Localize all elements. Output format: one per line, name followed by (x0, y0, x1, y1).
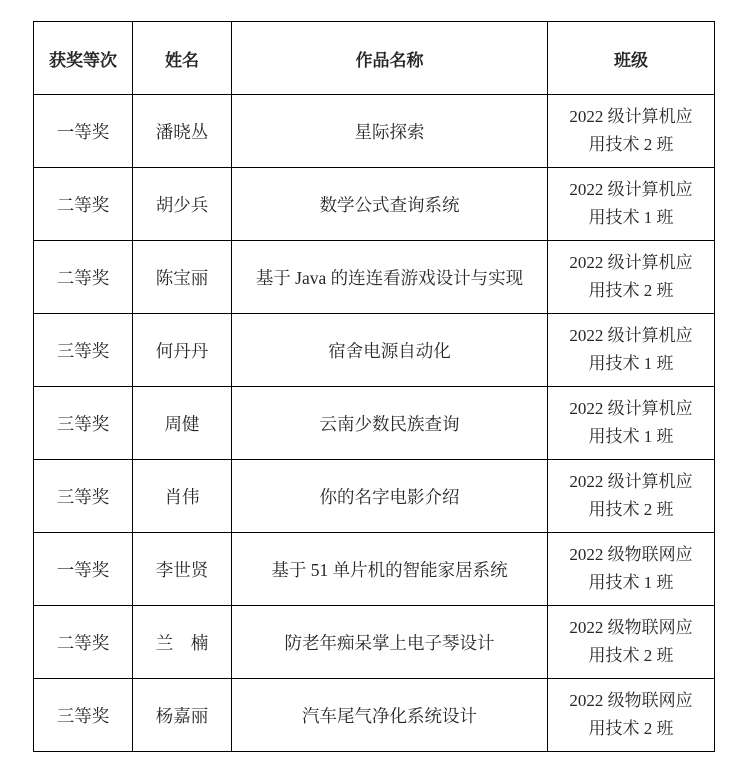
name-cell: 胡少兵 (133, 168, 232, 241)
table-row: 三等奖 杨嘉丽 汽车尾气净化系统设计 2022 级物联网应 用技术 2 班 (34, 679, 715, 752)
work-cell: 基于 51 单片机的智能家居系统 (232, 533, 548, 606)
award-cell: 三等奖 (34, 679, 133, 752)
name-cell: 何丹丹 (133, 314, 232, 387)
award-cell: 三等奖 (34, 387, 133, 460)
class-cell: 2022 级计算机应 用技术 1 班 (548, 314, 715, 387)
table-row: 三等奖 何丹丹 宿舍电源自动化 2022 级计算机应 用技术 1 班 (34, 314, 715, 387)
work-cell: 基于 Java 的连连看游戏设计与实现 (232, 241, 548, 314)
document-page: 获奖等次 姓名 作品名称 班级 一等奖 潘晓丛 星际探索 2022 级计算机应 … (0, 0, 747, 768)
class-cell: 2022 级物联网应 用技术 1 班 (548, 533, 715, 606)
work-cell: 星际探索 (232, 95, 548, 168)
class-cell: 2022 级计算机应 用技术 1 班 (548, 387, 715, 460)
name-cell: 兰 楠 (133, 606, 232, 679)
award-cell: 一等奖 (34, 533, 133, 606)
name-cell: 李世贤 (133, 533, 232, 606)
table-header-row: 获奖等次 姓名 作品名称 班级 (34, 22, 715, 95)
award-cell: 二等奖 (34, 168, 133, 241)
table-row: 一等奖 潘晓丛 星际探索 2022 级计算机应 用技术 2 班 (34, 95, 715, 168)
name-cell: 潘晓丛 (133, 95, 232, 168)
table-row: 一等奖 李世贤 基于 51 单片机的智能家居系统 2022 级物联网应 用技术 … (34, 533, 715, 606)
award-cell: 三等奖 (34, 314, 133, 387)
work-cell: 你的名字电影介绍 (232, 460, 548, 533)
header-cell-class: 班级 (548, 22, 715, 95)
class-cell: 2022 级计算机应 用技术 2 班 (548, 460, 715, 533)
award-cell: 一等奖 (34, 95, 133, 168)
class-cell: 2022 级物联网应 用技术 2 班 (548, 679, 715, 752)
header-cell-name: 姓名 (133, 22, 232, 95)
award-cell: 二等奖 (34, 241, 133, 314)
table-row: 三等奖 肖伟 你的名字电影介绍 2022 级计算机应 用技术 2 班 (34, 460, 715, 533)
class-cell: 2022 级计算机应 用技术 2 班 (548, 95, 715, 168)
award-results-table: 获奖等次 姓名 作品名称 班级 一等奖 潘晓丛 星际探索 2022 级计算机应 … (33, 21, 715, 752)
table-row: 二等奖 陈宝丽 基于 Java 的连连看游戏设计与实现 2022 级计算机应 用… (34, 241, 715, 314)
table-row: 三等奖 周健 云南少数民族查询 2022 级计算机应 用技术 1 班 (34, 387, 715, 460)
work-cell: 防老年痴呆掌上电子琴设计 (232, 606, 548, 679)
header-cell-award-level: 获奖等次 (34, 22, 133, 95)
name-cell: 肖伟 (133, 460, 232, 533)
work-cell: 数学公式查询系统 (232, 168, 548, 241)
header-cell-work-title: 作品名称 (232, 22, 548, 95)
award-cell: 三等奖 (34, 460, 133, 533)
name-cell: 周健 (133, 387, 232, 460)
class-cell: 2022 级计算机应 用技术 1 班 (548, 168, 715, 241)
name-cell: 杨嘉丽 (133, 679, 232, 752)
work-cell: 云南少数民族查询 (232, 387, 548, 460)
work-cell: 宿舍电源自动化 (232, 314, 548, 387)
table-row: 二等奖 胡少兵 数学公式查询系统 2022 级计算机应 用技术 1 班 (34, 168, 715, 241)
class-cell: 2022 级物联网应 用技术 2 班 (548, 606, 715, 679)
table-row: 二等奖 兰 楠 防老年痴呆掌上电子琴设计 2022 级物联网应 用技术 2 班 (34, 606, 715, 679)
award-cell: 二等奖 (34, 606, 133, 679)
name-cell: 陈宝丽 (133, 241, 232, 314)
work-cell: 汽车尾气净化系统设计 (232, 679, 548, 752)
class-cell: 2022 级计算机应 用技术 2 班 (548, 241, 715, 314)
